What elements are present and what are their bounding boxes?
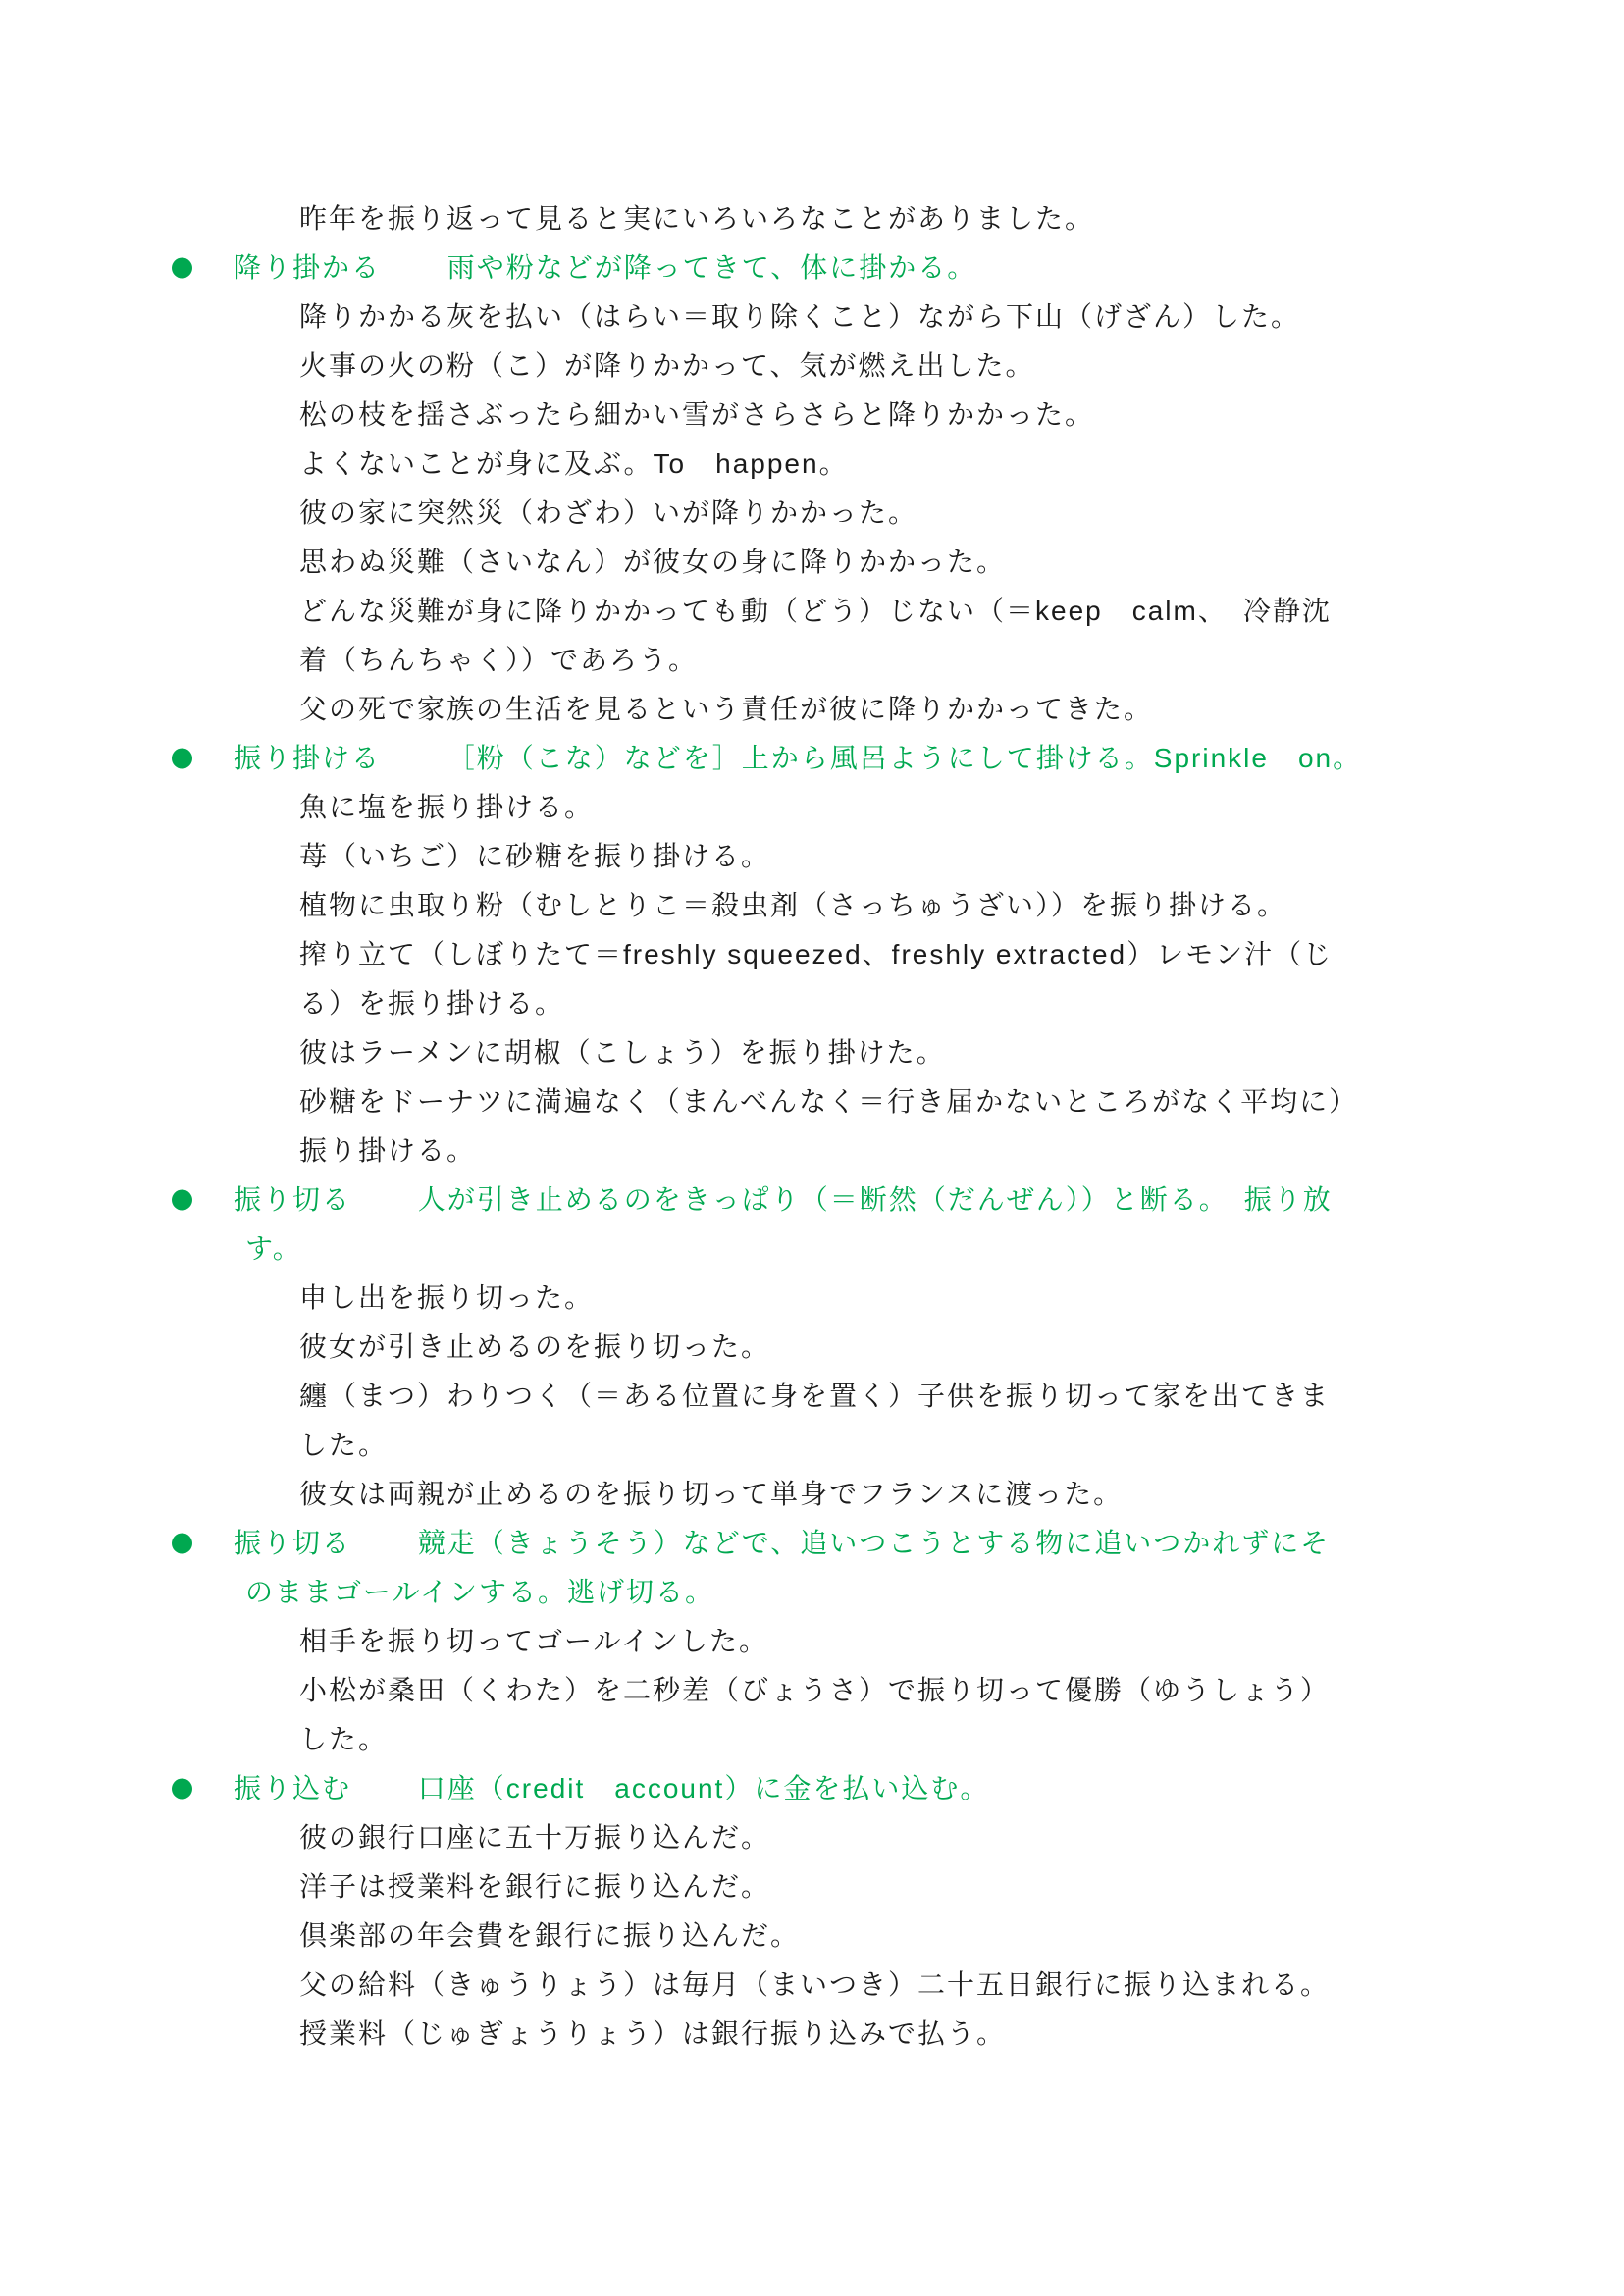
bullet-icon [172,1779,192,1800]
dictionary-entry: 振り切る 人が引き止めるのをきっぱり（＝断然（だんぜん））と断る。 振り放 す。… [0,1175,1624,1519]
headword: 振り切る [234,1528,351,1558]
example-line: 苺（いちご）に砂糖を振り掛ける。 [0,832,1624,881]
example-line-continuation: 着（ちんちゃく））であろう。 [0,636,1624,685]
dictionary-entry: 降り掛かる 雨や粉などが降ってきて、体に掛かる。 降りかかる灰を払い（はらい＝取… [0,243,1624,734]
example-line: 父の死で家族の生活を見るという責任が彼に降りかかってきた。 [0,685,1624,734]
example-line: 植物に虫取り粉（むしとりこ＝殺虫剤（さっちゅうざい））を振り掛ける。 [0,881,1624,930]
example-line: 思わぬ災難（さいなん）が彼女の身に降りかかった。 [0,538,1624,587]
example-line: 洋子は授業料を銀行に振り込んだ。 [0,1862,1624,1911]
example-line: 魚に塩を振り掛ける。 [0,783,1624,832]
example-line: 彼の家に突然災（わざわ）いが降りかかった。 [0,489,1624,538]
example-line: どんな災難が身に降りかかっても動（どう）じない（＝keep calm、 冷静沈 [0,587,1624,636]
example-line-continuation: 振り掛ける。 [0,1126,1624,1175]
headword: 振り掛ける [234,743,381,773]
dictionary-entry: 振り切る 競走（きょうそう）などで、追いつこうとする物に追いつかれずにそ のまま… [0,1519,1624,1764]
definition-continuation: す。 [0,1225,1624,1274]
entry-head-line: 振り切る 競走（きょうそう）などで、追いつこうとする物に追いつかれずにそ [0,1519,1624,1568]
definition: 人が引き止めるのをきっぱり（＝断然（だんぜん））と断る。 振り放 [418,1184,1333,1215]
example-line: 搾り立て（しぼりたて＝freshly squeezed、freshly extr… [0,930,1624,979]
entry-head-line: 降り掛かる 雨や粉などが降ってきて、体に掛かる。 [0,243,1624,292]
example-line: 纏（まつ）わりつく（＝ある位置に身を置く）子供を振り切って家を出てきま [0,1372,1624,1421]
headword: 降り掛かる [234,252,381,283]
document-page: 昨年を振り返って見ると実にいろいろなことがありました。 降り掛かる 雨や粉などが… [0,194,1624,2059]
example-line: 授業料（じゅぎょうりょう）は銀行振り込みで払う。 [0,2009,1624,2059]
example-line: 彼女が引き止めるのを振り切った。 [0,1323,1624,1372]
headword: 振り切る [234,1184,351,1215]
example-line: 小松が桑田（くわた）を二秒差（びょうさ）で振り切って優勝（ゆうしょう） [0,1666,1624,1715]
example-line: 申し出を振り切った。 [0,1274,1624,1323]
example-line: 父の給料（きゅうりょう）は毎月（まいつき）二十五日銀行に振り込まれる。 [0,1960,1624,2009]
entry-head-line: 振り掛ける ［粉（こな）などを］上から風呂ようにして掛ける。Sprinkle o… [0,734,1624,783]
example-line: 相手を振り切ってゴールインした。 [0,1617,1624,1666]
dictionary-entry: 振り込む 口座（credit account）に金を払い込む。 彼の銀行口座に五… [0,1764,1624,2059]
dictionary-entry: 振り掛ける ［粉（こな）などを］上から風呂ようにして掛ける。Sprinkle o… [0,734,1624,1175]
definition: 競走（きょうそう）などで、追いつこうとする物に追いつかれずにそ [418,1528,1330,1558]
entry-head-line: 振り切る 人が引き止めるのをきっぱり（＝断然（だんぜん））と断る。 振り放 [0,1175,1624,1225]
bullet-icon [172,749,192,769]
entry-head-line: 振り込む 口座（credit account）に金を払い込む。 [0,1764,1624,1813]
example-line: 彼女は両親が止めるのを振り切って単身でフランスに渡った。 [0,1470,1624,1519]
definition: ［粉（こな）などを］上から風呂ようにして掛ける。Sprinkle on。 [447,743,1362,773]
example-line-continuation: る）を振り掛ける。 [0,979,1624,1028]
example-line: 降りかかる灰を払い（はらい＝取り除くこと）ながら下山（げざん）した。 [0,292,1624,341]
intro-example-line: 昨年を振り返って見ると実にいろいろなことがありました。 [0,194,1624,243]
definition: 雨や粉などが降ってきて、体に掛かる。 [447,252,976,283]
example-line: 松の枝を揺さぶったら細かい雪がさらさらと降りかかった。 [0,391,1624,440]
example-line: 彼はラーメンに胡椒（こしょう）を振り掛けた。 [0,1028,1624,1077]
headword: 振り込む [234,1773,351,1803]
example-line-continuation: した。 [0,1421,1624,1470]
bullet-icon [172,258,192,279]
example-line: 火事の火の粉（こ）が降りかかって、気が燃え出した。 [0,341,1624,391]
example-line: よくないことが身に及ぶ。To happen。 [0,440,1624,489]
bullet-icon [172,1534,192,1554]
example-line-continuation: した。 [0,1715,1624,1764]
example-line: 倶楽部の年会費を銀行に振り込んだ。 [0,1911,1624,1960]
definition-continuation: のままゴールインする。逃げ切る。 [0,1568,1624,1617]
example-line: 砂糖をドーナツに満遍なく（まんべんなく＝行き届かないところがなく平均に） [0,1077,1624,1126]
definition: 口座（credit account）に金を払い込む。 [418,1773,990,1803]
bullet-icon [172,1190,192,1211]
example-line: 彼の銀行口座に五十万振り込んだ。 [0,1813,1624,1862]
